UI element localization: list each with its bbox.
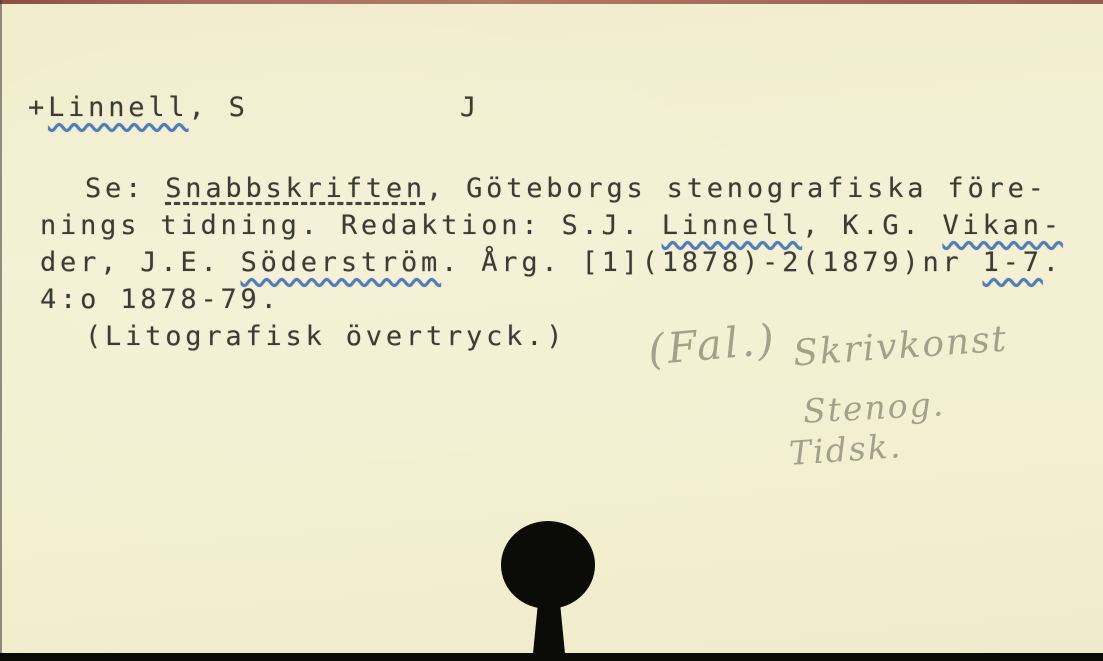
text-segment: (Litografisk övertryck.) [85, 321, 566, 352]
text-segment: , S [188, 92, 248, 123]
pencil-note-word2: Stenog. [802, 384, 946, 430]
text-segment: Söderström [241, 247, 442, 278]
heading-line: +Linnell, S [28, 92, 249, 123]
pencil-note-siglum: (Fal.) [646, 314, 779, 374]
text-segment: . Årg. [1](1878)-2(1879)nr [441, 247, 983, 278]
pencil-note-word3: Tidsk. [788, 426, 904, 473]
text-segment: , Göteborgs stenografiska före- [426, 173, 1048, 204]
body-line: der, J.E. Söderström. Årg. [1](1878)-2(1… [40, 244, 1063, 281]
punch-hole-circle [501, 521, 595, 609]
text-segment: der, J.E. [40, 247, 241, 278]
text-segment: + [28, 92, 48, 123]
text-segment: 1-7 [983, 247, 1043, 278]
text-segment: nings tidning. Redaktion: S.J. [40, 210, 662, 241]
classification-letter: J [460, 92, 480, 123]
text-segment: 4:o 1878-79. [40, 284, 281, 315]
card-bottom-edge [0, 653, 1103, 661]
text-segment: , K.G. [802, 210, 942, 241]
text-segment: Vikan- [943, 210, 1063, 241]
body-line: nings tidning. Redaktion: S.J. Linnell, … [40, 207, 1063, 244]
punch-hole-stem [527, 598, 571, 661]
catalog-card: +Linnell, S J Se: Snabbskriften, Götebor… [0, 0, 1103, 661]
body-line: 4:o 1878-79. [40, 281, 1063, 318]
body-line: Se: Snabbskriften, Göteborgs stenografis… [40, 170, 1063, 207]
card-top-edge [0, 0, 1103, 4]
card-left-edge [0, 0, 2, 653]
text-segment: Se: [85, 173, 165, 204]
text-segment: Linnell [48, 92, 188, 123]
text-segment: . [1043, 247, 1063, 278]
text-segment: Linnell [662, 210, 802, 241]
text-segment: Snabbskriften [165, 173, 426, 204]
